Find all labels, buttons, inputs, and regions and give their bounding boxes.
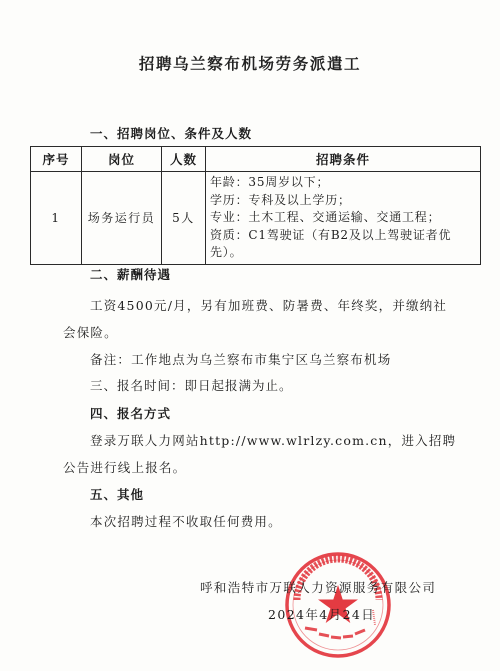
section-heading-registration-time: 三、报名时间：即日起报满为止。: [90, 376, 293, 394]
table-row: 1 场务运行员 5人 年龄：35周岁以下； 学历：专科及以上学历； 专业：土木工…: [31, 172, 481, 265]
registration-text-line2: 公告进行线上报名。: [63, 458, 186, 476]
cell-conditions: 年龄：35周岁以下； 学历：专科及以上学历； 专业：土木工程、交通运输、交通工程…: [206, 172, 481, 265]
salary-text-line1: 工资4500元/月，另有加班费、防暑费、年终奖，并缴纳社: [90, 296, 447, 314]
table-header-row: 序号 岗位 人数 招聘条件: [31, 147, 481, 172]
page-title: 招聘乌兰察布机场劳务派遣工: [0, 52, 500, 74]
salary-text-line2: 会保险。: [63, 323, 118, 341]
section-heading-other: 五、其他: [90, 485, 144, 503]
section-heading-registration-method: 四、报名方式: [90, 404, 171, 422]
header-conditions: 招聘条件: [206, 147, 481, 172]
header-count: 人数: [162, 147, 206, 172]
company-name: 呼和浩特市万联人力资源服务有限公司: [200, 578, 436, 596]
registration-text-line1: 登录万联人力网站http://www.wlrlzy.com.cn，进入招聘: [90, 431, 456, 449]
cell-count: 5人: [162, 172, 206, 265]
condition-age: 年龄：35周岁以下；: [210, 174, 476, 192]
document-date: 2024年4月24日: [268, 605, 375, 623]
cell-index: 1: [31, 172, 82, 265]
header-index: 序号: [31, 147, 82, 172]
section-heading-positions: 一、招聘岗位、条件及人数: [90, 124, 252, 142]
other-text: 本次招聘过程不收取任何费用。: [90, 512, 282, 530]
section-heading-salary: 二、薪酬待遇: [90, 265, 171, 283]
cell-position: 场务运行员: [82, 172, 162, 265]
work-location-note: 备注：工作地点为乌兰察布市集宁区乌兰察布机场: [90, 350, 391, 368]
condition-education: 学历：专科及以上学历；: [210, 192, 476, 210]
condition-license: 资质：C1驾驶证（有B2及以上驾驶证者优先）。: [210, 227, 476, 262]
condition-major: 专业：土木工程、交通运输、交通工程；: [210, 209, 476, 227]
positions-table: 序号 岗位 人数 招聘条件 1 场务运行员 5人 年龄：35周岁以下； 学历：专…: [30, 146, 481, 265]
header-position: 岗位: [82, 147, 162, 172]
